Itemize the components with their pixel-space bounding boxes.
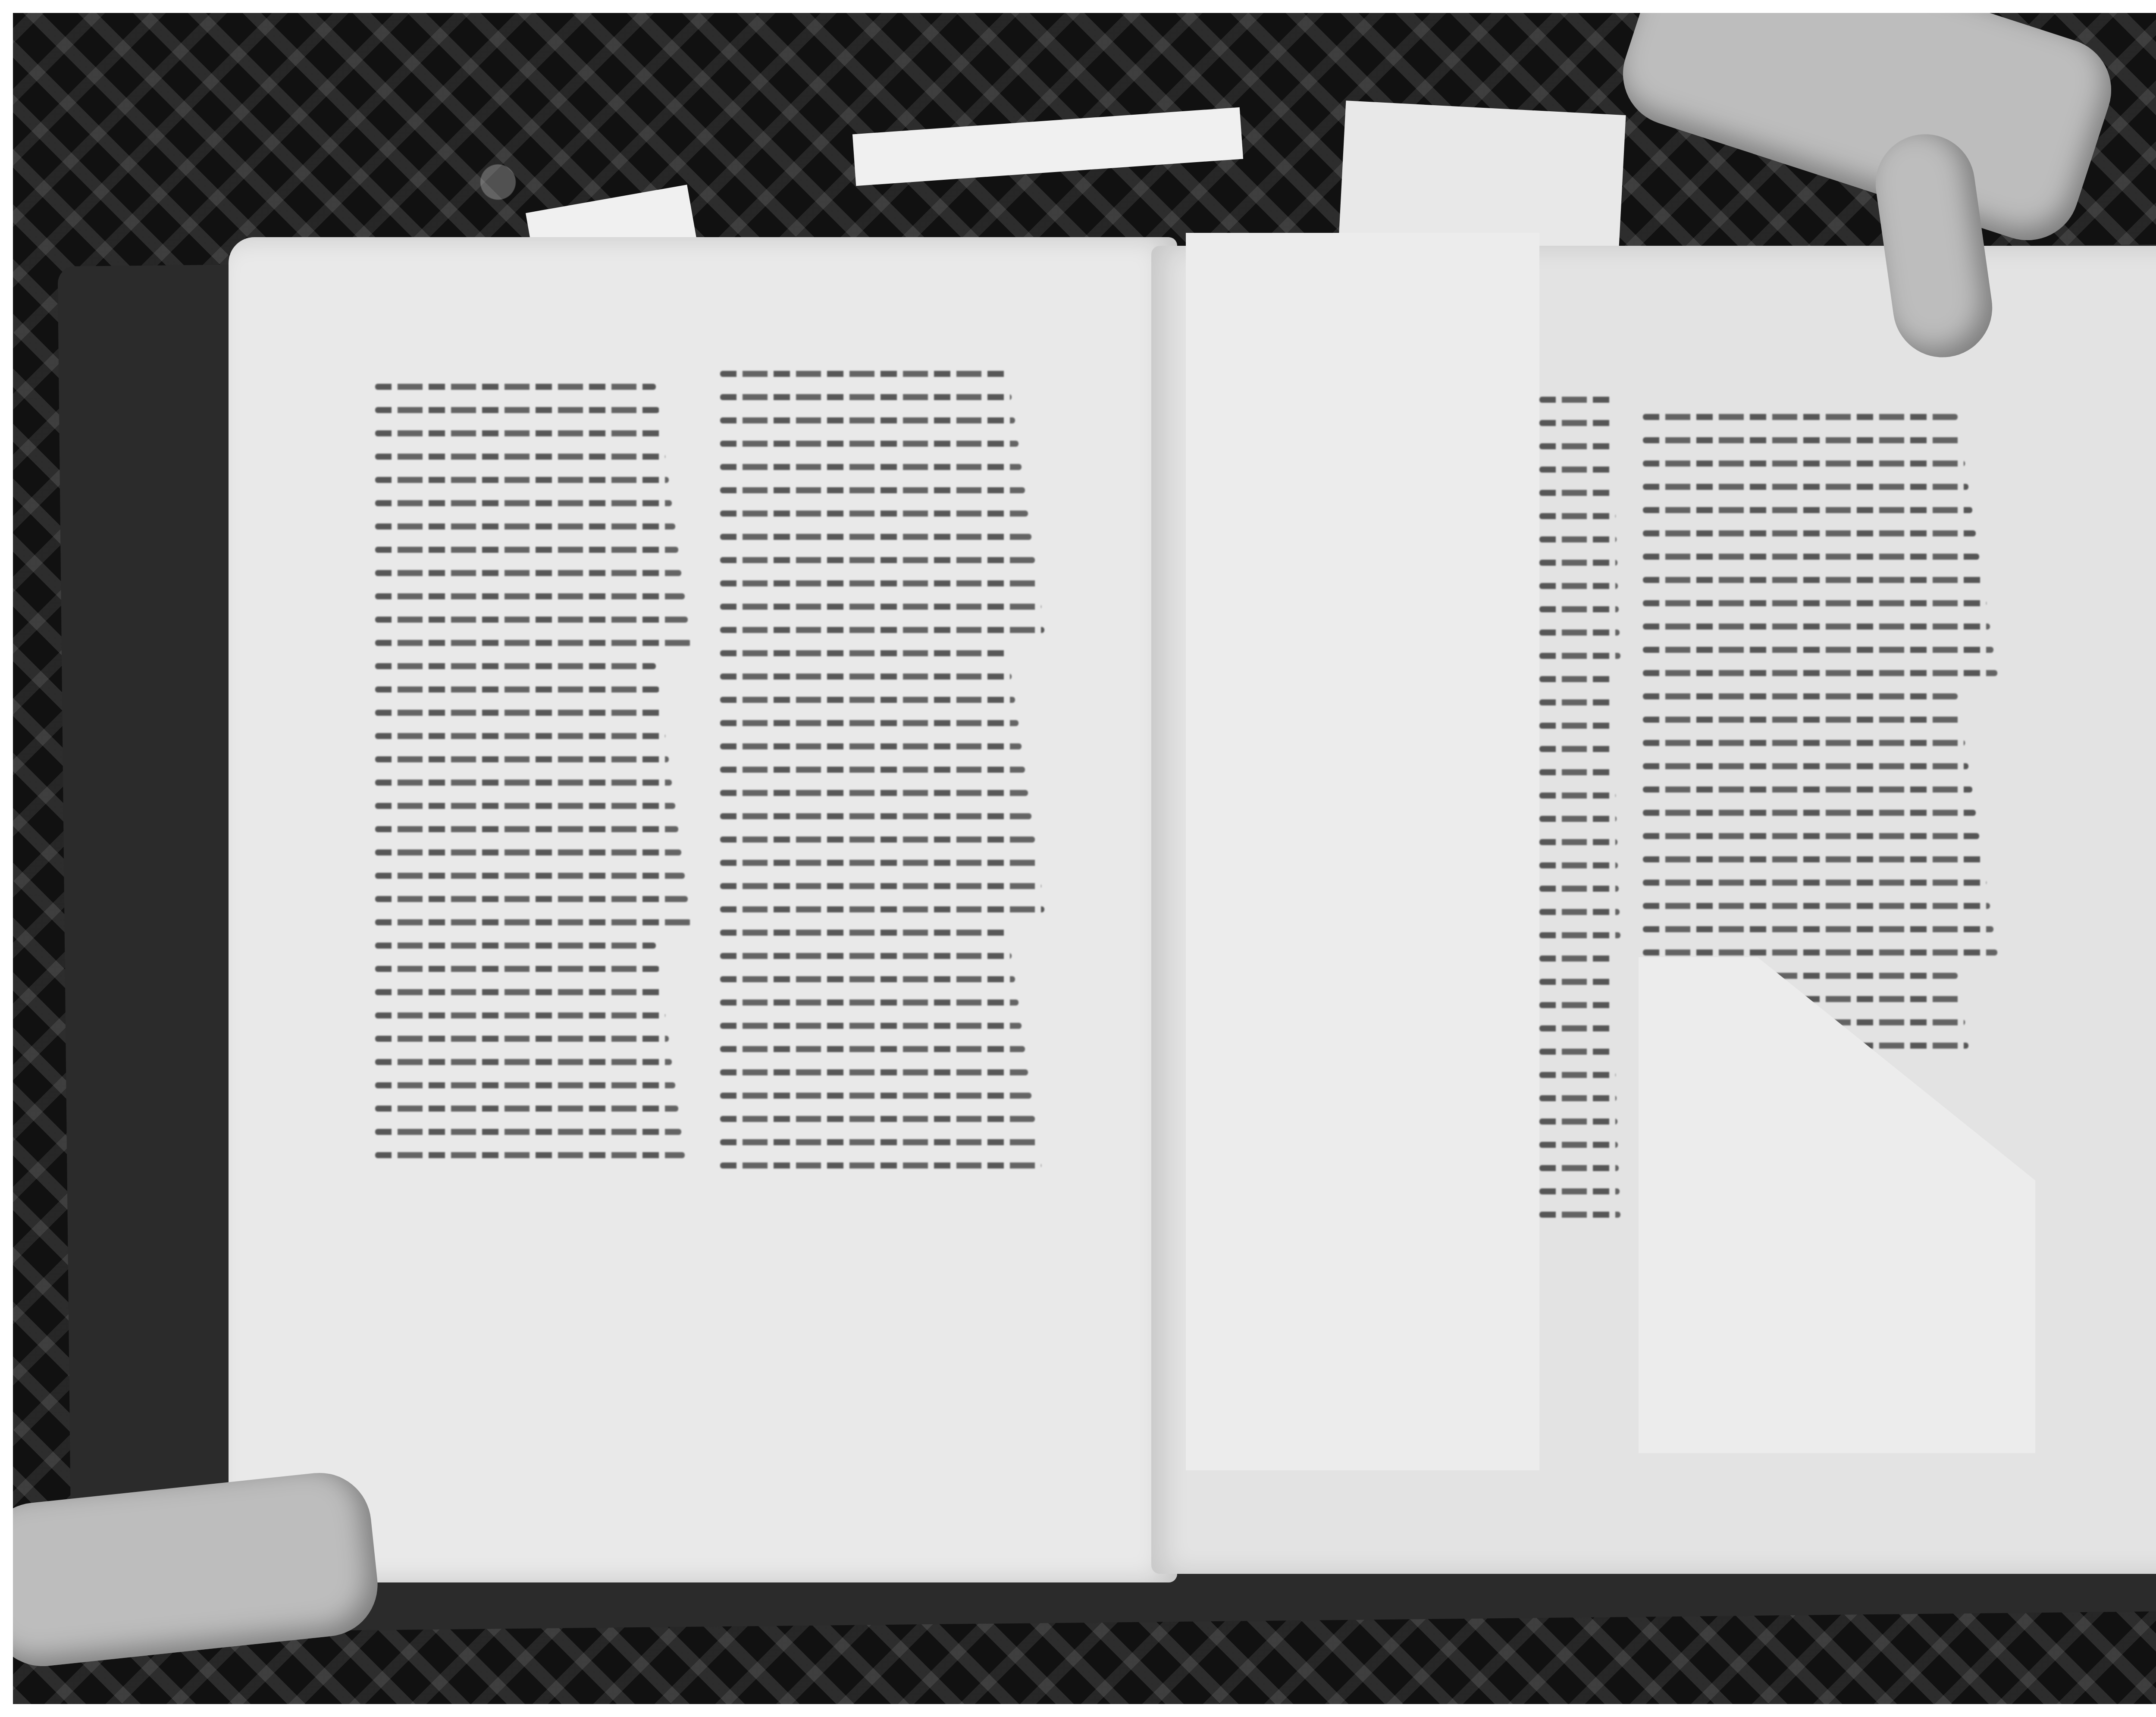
script-line	[720, 976, 1015, 982]
script-line	[375, 1152, 685, 1158]
script-line	[1643, 554, 1979, 560]
script-line	[375, 640, 691, 646]
script-line	[720, 720, 1018, 726]
script-line	[1643, 437, 1962, 443]
script-line	[375, 686, 659, 692]
script-line	[375, 1129, 681, 1135]
script-line	[1539, 886, 1619, 892]
script-line	[720, 534, 1031, 540]
script-line	[1539, 1142, 1618, 1148]
script-line	[1643, 740, 1965, 746]
script-line	[720, 697, 1015, 703]
right-page	[1151, 246, 2156, 1574]
script-line	[1539, 653, 1620, 659]
script-line	[720, 790, 1028, 796]
script-line	[720, 557, 1035, 563]
script-line	[375, 477, 669, 483]
script-line	[375, 1036, 669, 1042]
script-line	[1643, 530, 1976, 536]
script-line	[375, 756, 669, 762]
script-line	[1643, 577, 1983, 583]
script-line	[1643, 507, 1972, 513]
script-line	[720, 511, 1028, 517]
script-line	[1643, 880, 1987, 886]
script-line	[1643, 693, 1958, 699]
script-line	[720, 999, 1018, 1006]
script-line	[1643, 949, 1997, 956]
text-column-left-1	[375, 384, 694, 1175]
script-line	[720, 883, 1041, 889]
script-line	[720, 487, 1025, 493]
script-line	[1539, 1165, 1619, 1171]
script-line	[375, 919, 691, 925]
script-line	[720, 580, 1038, 586]
script-line	[375, 1082, 675, 1088]
script-line	[375, 523, 675, 530]
script-line	[1539, 560, 1617, 566]
script-line	[375, 430, 662, 436]
script-line	[375, 896, 688, 902]
script-line	[1643, 717, 1962, 723]
script-line	[375, 826, 678, 832]
script-line	[720, 837, 1035, 843]
script-line	[1539, 816, 1617, 822]
script-line	[1539, 1119, 1617, 1125]
inserted-blank-strip	[1186, 233, 1539, 1470]
script-line	[720, 930, 1009, 936]
script-line	[1643, 786, 1972, 793]
script-line	[375, 1012, 665, 1018]
script-line	[1539, 536, 1617, 542]
script-line	[720, 1069, 1028, 1075]
script-line	[1539, 909, 1620, 915]
script-line	[720, 1046, 1025, 1052]
text-column-left-2	[720, 371, 1048, 1186]
script-line	[720, 604, 1041, 610]
script-line	[720, 813, 1031, 819]
script-line	[1539, 699, 1612, 705]
script-line	[375, 943, 656, 949]
script-line	[1643, 926, 1993, 932]
script-line	[1539, 1025, 1614, 1031]
script-line	[375, 1106, 678, 1112]
script-line	[1643, 600, 1987, 606]
script-line	[1539, 932, 1620, 938]
script-line	[1643, 484, 1968, 490]
script-line	[720, 1093, 1031, 1099]
script-line	[1539, 723, 1613, 729]
photo-frame	[13, 13, 2156, 1704]
text-column-right-1	[1539, 397, 1621, 1235]
script-line	[1539, 490, 1615, 496]
script-line	[375, 966, 659, 972]
script-line	[1539, 606, 1619, 612]
script-line	[1539, 1072, 1616, 1078]
script-line	[1539, 979, 1612, 985]
script-line	[720, 743, 1022, 749]
script-line	[375, 570, 681, 576]
script-line	[1539, 513, 1616, 519]
script-line	[1539, 443, 1613, 449]
script-line	[1539, 1212, 1620, 1218]
script-line	[375, 500, 672, 506]
script-line	[1643, 647, 1993, 653]
script-line	[720, 1116, 1035, 1122]
script-line	[720, 906, 1044, 912]
script-line	[720, 441, 1018, 447]
script-line	[1539, 583, 1618, 589]
script-line	[375, 803, 675, 809]
script-line	[1539, 1188, 1620, 1194]
script-line	[720, 1023, 1022, 1029]
script-line	[720, 953, 1012, 959]
script-line	[720, 417, 1015, 423]
script-line	[1643, 903, 1990, 909]
script-line	[1643, 763, 1968, 769]
script-line	[1643, 414, 1958, 420]
script-line	[1643, 856, 1983, 862]
script-line	[720, 1139, 1038, 1145]
script-line	[720, 464, 1022, 470]
script-line	[1643, 624, 1990, 630]
script-line	[1539, 793, 1616, 799]
script-line	[1539, 956, 1611, 962]
script-line	[1539, 1002, 1613, 1008]
script-line	[375, 384, 656, 390]
script-line	[1539, 630, 1620, 636]
script-line	[375, 407, 659, 413]
script-line	[1643, 810, 1976, 816]
script-line	[375, 617, 688, 623]
script-line	[720, 371, 1009, 377]
script-line	[720, 1162, 1041, 1169]
script-line	[1539, 769, 1615, 775]
script-line	[720, 394, 1012, 400]
script-line	[720, 767, 1025, 773]
script-line	[375, 663, 656, 669]
script-line	[1539, 420, 1612, 426]
script-line	[1539, 1095, 1617, 1101]
script-line	[720, 674, 1012, 680]
script-line	[720, 650, 1009, 656]
script-line	[1539, 467, 1614, 473]
script-line	[375, 593, 685, 599]
script-line	[375, 780, 672, 786]
script-line	[720, 860, 1038, 866]
script-line	[375, 873, 685, 879]
script-line	[375, 849, 681, 855]
script-line	[1539, 862, 1618, 868]
script-line	[1643, 461, 1965, 467]
script-line	[1539, 746, 1614, 752]
script-line	[375, 989, 662, 995]
script-line	[1539, 839, 1617, 845]
script-line	[375, 547, 678, 553]
script-line	[720, 627, 1044, 633]
script-line	[1539, 1049, 1615, 1055]
script-line	[1539, 397, 1611, 403]
script-line	[375, 454, 665, 460]
script-line	[1539, 676, 1611, 682]
script-line	[1643, 833, 1979, 839]
script-line	[375, 733, 665, 739]
script-line	[1643, 670, 1997, 676]
script-line	[375, 710, 662, 716]
script-line	[375, 1059, 672, 1065]
left-page	[229, 237, 1177, 1582]
